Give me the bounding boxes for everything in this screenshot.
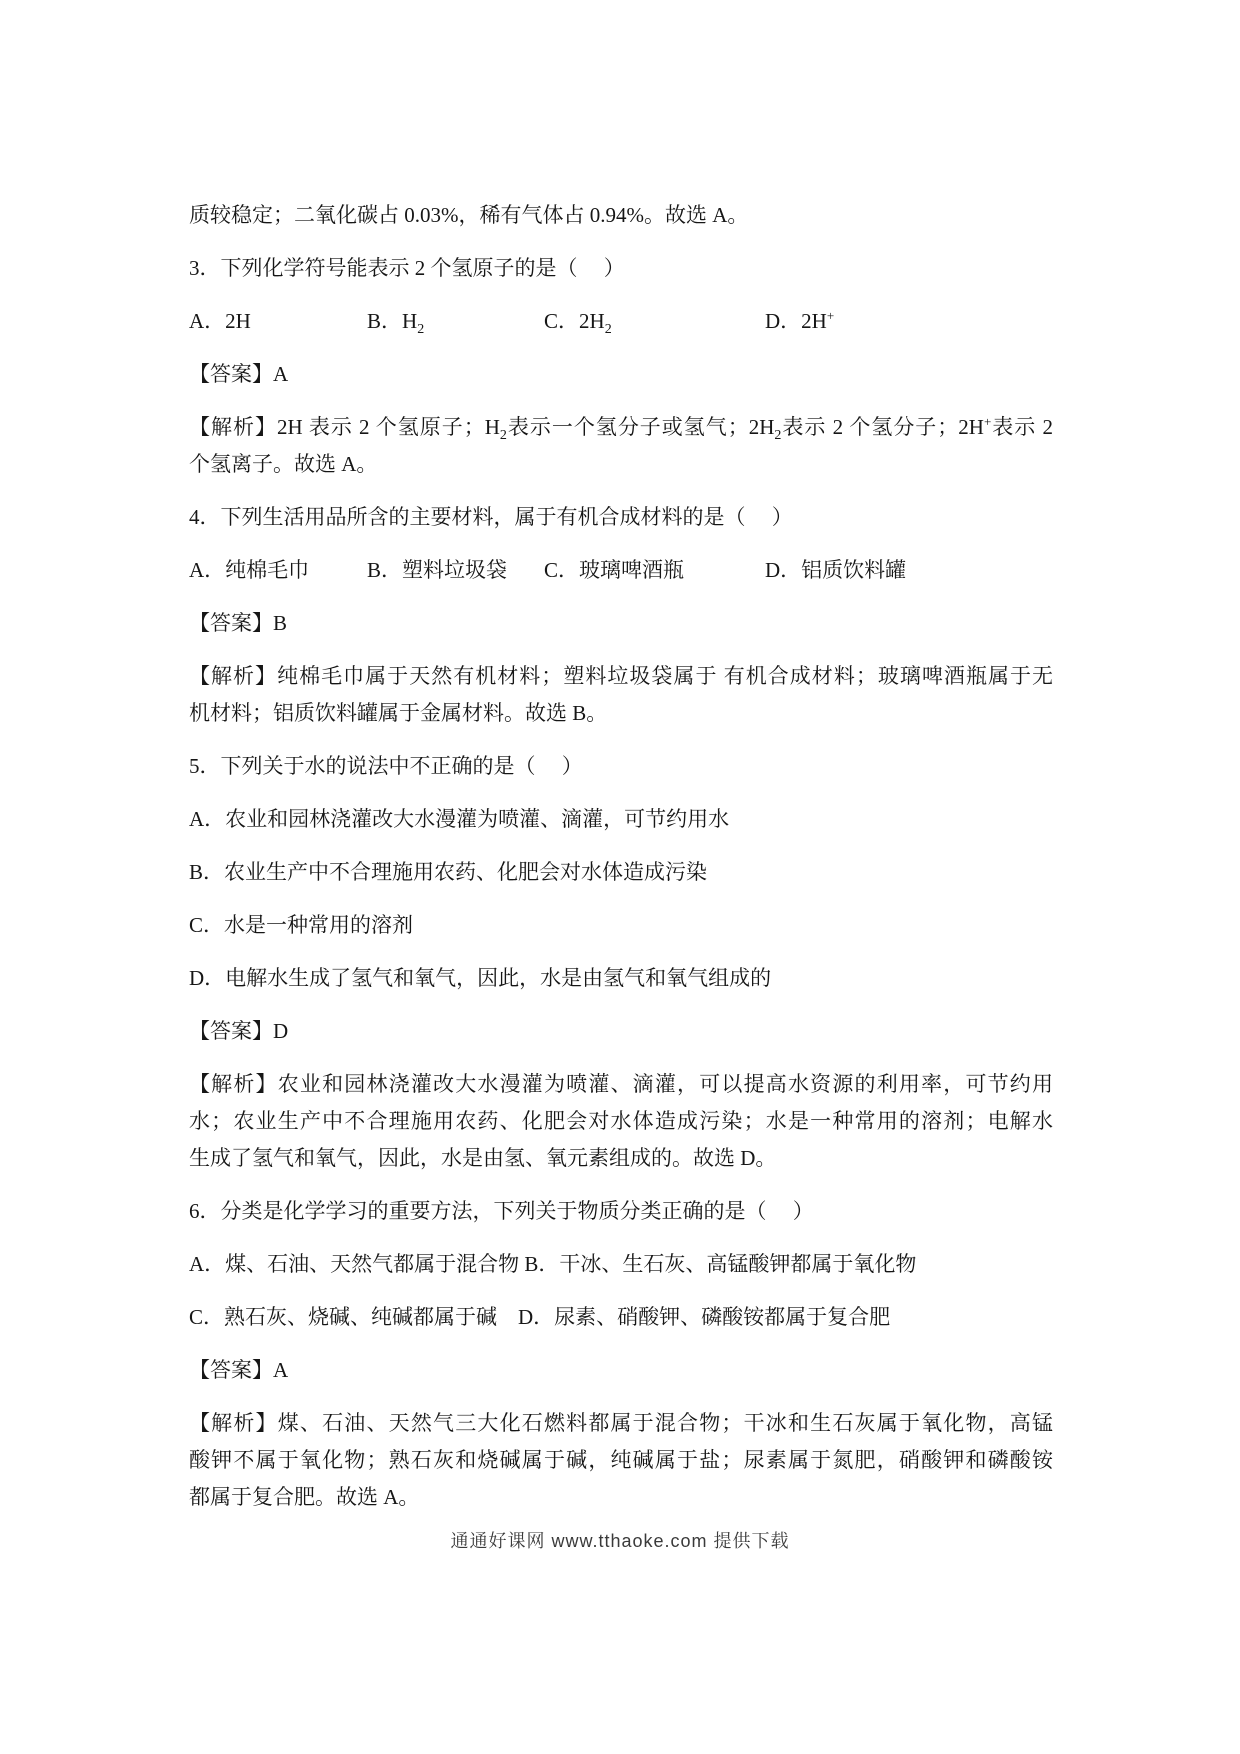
text-line: D．电解水生成了氢气和氧气，因此，水是由氢气和氧气组成的: [189, 960, 1053, 997]
sub-text: 2: [500, 428, 507, 443]
text-line: 【答案】A: [189, 1352, 1053, 1389]
document-content: 质较稳定；二氧化碳占 0.03%，稀有气体占 0.94%。故选 A。3．下列化学…: [189, 197, 1053, 1516]
text-line: 4．下列生活用品所含的主要材料，属于有机合成材料的是（ ）: [189, 499, 1053, 536]
question-3-stem: 3．下列化学符号能表示 2 个氢原子的是（ ）: [189, 250, 1053, 287]
sub-text: 2: [605, 322, 612, 337]
text-line: A．煤、石油、天然气都属于混合物 B．干冰、生石灰、高锰酸钾都属于氧化物: [189, 1246, 1053, 1283]
question-6-stem: 6．分类是化学学习的重要方法，下列关于物质分类正确的是（ ）: [189, 1193, 1053, 1230]
analysis-4: 【解析】纯棉毛巾属于天然有机材料；塑料垃圾袋属于 有机合成材料；玻璃啤酒瓶属于无…: [189, 658, 1053, 732]
text-run: 6．分类是化学学习的重要方法，下列关于物质分类正确的是（ ）: [189, 1199, 814, 1223]
text-line: 【答案】B: [189, 605, 1053, 642]
text-run: 质较稳定；二氧化碳占 0.03%，稀有气体占 0.94%。故选 A。: [189, 203, 748, 227]
question-3-options-a: A．2H: [189, 303, 251, 340]
text-line: 酸钾不属于氧化物；熟石灰和烧碱属于碱，纯碱属于盐；尿素属于氮肥，硝酸钾和磷酸铵: [189, 1442, 1053, 1479]
text-line: 【解析】纯棉毛巾属于天然有机材料；塑料垃圾袋属于 有机合成材料；玻璃啤酒瓶属于无: [189, 658, 1053, 695]
text-run: 表示 2: [991, 415, 1053, 439]
question-5-option-c: C．水是一种常用的溶剂: [189, 907, 1053, 944]
question-4-options: A．纯棉毛巾B．塑料垃圾袋C．玻璃啤酒瓶D．铝质饮料罐: [189, 552, 1053, 589]
answer-6: 【答案】A: [189, 1352, 1053, 1389]
sub-text: 2: [417, 322, 424, 337]
answer-3: 【答案】A: [189, 356, 1053, 393]
text-run: D．2H: [765, 309, 827, 333]
text-run: 【答案】B: [189, 611, 287, 635]
analysis-3: 【解析】2H 表示 2 个氢原子；H2表示一个氢分子或氢气；2H2表示 2 个氢…: [189, 409, 1053, 483]
text-run: 都属于复合肥。故选 A。: [189, 1485, 419, 1509]
text-run: B．农业生产中不合理施用农药、化肥会对水体造成污染: [189, 860, 707, 884]
text-run: 【答案】A: [189, 1358, 288, 1382]
text-line: 【解析】农业和园林浇灌改大水漫灌为喷灌、滴灌，可以提高水资源的利用率，可节约用: [189, 1066, 1053, 1103]
text-run: A．2H: [189, 309, 251, 333]
text-run: 【解析】农业和园林浇灌改大水漫灌为喷灌、滴灌，可以提高水资源的利用率，可节约用: [189, 1072, 1053, 1096]
text-run: 表示 2 个氢分子；2H: [781, 415, 984, 439]
text-run: 生成了氢气和氧气，因此，水是由氢、氧元素组成的。故选 D。: [189, 1146, 776, 1170]
sup-text: +: [827, 308, 834, 323]
text-line: 机材料；铝质饮料罐属于金属材料。故选 B。: [189, 695, 1053, 732]
question-6-options-ab: A．煤、石油、天然气都属于混合物 B．干冰、生石灰、高锰酸钾都属于氧化物: [189, 1246, 1053, 1283]
text-line: B．农业生产中不合理施用农药、化肥会对水体造成污染: [189, 854, 1053, 891]
text-line: 生成了氢气和氧气，因此，水是由氢、氧元素组成的。故选 D。: [189, 1140, 1053, 1177]
question-5-option-a: A．农业和园林浇灌改大水漫灌为喷灌、滴灌，可节约用水: [189, 801, 1053, 838]
text-run: 【解析】纯棉毛巾属于天然有机材料；塑料垃圾袋属于 有机合成材料；玻璃啤酒瓶属于无: [189, 664, 1053, 688]
text-line: 【解析】2H 表示 2 个氢原子；H2表示一个氢分子或氢气；2H2表示 2 个氢…: [189, 409, 1053, 446]
document-page: 质较稳定；二氧化碳占 0.03%，稀有气体占 0.94%。故选 A。3．下列化学…: [0, 0, 1240, 1754]
text-run: 表示一个氢分子或氢气；2H: [507, 415, 775, 439]
text-line: 5．下列关于水的说法中不正确的是（ ）: [189, 748, 1053, 785]
text-line: 3．下列化学符号能表示 2 个氢原子的是（ ）: [189, 250, 1053, 287]
analysis-6: 【解析】煤、石油、天然气三大化石燃料都属于混合物；干冰和生石灰属于氧化物，高锰酸…: [189, 1405, 1053, 1516]
text-run: 【答案】D: [189, 1019, 288, 1043]
text-run: C．熟石灰、烧碱、纯碱都属于碱 D．尿素、硝酸钾、磷酸铵都属于复合肥: [189, 1305, 890, 1329]
analysis-5: 【解析】农业和园林浇灌改大水漫灌为喷灌、滴灌，可以提高水资源的利用率，可节约用水…: [189, 1066, 1053, 1177]
question-3-options-d: D．2H+: [765, 303, 834, 340]
question-5-option-b: B．农业生产中不合理施用农药、化肥会对水体造成污染: [189, 854, 1053, 891]
text-line: C．水是一种常用的溶剂: [189, 907, 1053, 944]
question-4-options-c: C．玻璃啤酒瓶: [544, 552, 684, 589]
text-run: 4．下列生活用品所含的主要材料，属于有机合成材料的是（ ）: [189, 505, 793, 529]
question-5-option-d: D．电解水生成了氢气和氧气，因此，水是由氢气和氧气组成的: [189, 960, 1053, 997]
text-line: 【解析】煤、石油、天然气三大化石燃料都属于混合物；干冰和生石灰属于氧化物，高锰: [189, 1405, 1053, 1442]
text-run: A．农业和园林浇灌改大水漫灌为喷灌、滴灌，可节约用水: [189, 807, 729, 831]
text-line: A．农业和园林浇灌改大水漫灌为喷灌、滴灌，可节约用水: [189, 801, 1053, 838]
answer-5: 【答案】D: [189, 1013, 1053, 1050]
question-4-options-d: D．铝质饮料罐: [765, 552, 906, 589]
text-run: 水；农业生产中不合理施用农药、化肥会对水体造成污染；水是一种常用的溶剂；电解水: [189, 1109, 1053, 1133]
text-run: B．H: [367, 309, 417, 333]
text-run: 【解析】2H 表示 2 个氢原子；H: [189, 415, 500, 439]
text-run: 5．下列关于水的说法中不正确的是（ ）: [189, 754, 583, 778]
text-run: D．电解水生成了氢气和氧气，因此，水是由氢气和氧气组成的: [189, 966, 771, 990]
analysis-2-continuation: 质较稳定；二氧化碳占 0.03%，稀有气体占 0.94%。故选 A。: [189, 197, 1053, 234]
text-run: A．纯棉毛巾: [189, 558, 309, 582]
question-3-options-c: C．2H2: [544, 303, 612, 340]
question-4-stem: 4．下列生活用品所含的主要材料，属于有机合成材料的是（ ）: [189, 499, 1053, 536]
footer-text: 通通好课网 www.tthaoke.com 提供下载: [450, 1531, 789, 1551]
page-footer: 通通好课网 www.tthaoke.com 提供下载: [0, 1527, 1240, 1553]
text-run: C．玻璃啤酒瓶: [544, 558, 684, 582]
text-line: 水；农业生产中不合理施用农药、化肥会对水体造成污染；水是一种常用的溶剂；电解水: [189, 1103, 1053, 1140]
text-run: D．铝质饮料罐: [765, 558, 906, 582]
text-run: A．煤、石油、天然气都属于混合物 B．干冰、生石灰、高锰酸钾都属于氧化物: [189, 1252, 916, 1276]
text-run: C．水是一种常用的溶剂: [189, 913, 413, 937]
question-4-options-b: B．塑料垃圾袋: [367, 552, 507, 589]
text-run: 酸钾不属于氧化物；熟石灰和烧碱属于碱，纯碱属于盐；尿素属于氮肥，硝酸钾和磷酸铵: [189, 1448, 1053, 1472]
text-run: 个氢离子。故选 A。: [189, 452, 377, 476]
text-line: 【答案】A: [189, 356, 1053, 393]
text-line: C．熟石灰、烧碱、纯碱都属于碱 D．尿素、硝酸钾、磷酸铵都属于复合肥: [189, 1299, 1053, 1336]
text-run: 3．下列化学符号能表示 2 个氢原子的是（ ）: [189, 256, 625, 280]
question-4-options-a: A．纯棉毛巾: [189, 552, 309, 589]
text-line: 【答案】D: [189, 1013, 1053, 1050]
question-3-options: A．2HB．H2C．2H2D．2H+: [189, 303, 1053, 340]
text-line: 个氢离子。故选 A。: [189, 446, 1053, 483]
question-5-stem: 5．下列关于水的说法中不正确的是（ ）: [189, 748, 1053, 785]
text-line: 都属于复合肥。故选 A。: [189, 1479, 1053, 1516]
text-run: 机材料；铝质饮料罐属于金属材料。故选 B。: [189, 701, 607, 725]
text-run: C．2H: [544, 309, 605, 333]
text-run: B．塑料垃圾袋: [367, 558, 507, 582]
text-line: 质较稳定；二氧化碳占 0.03%，稀有气体占 0.94%。故选 A。: [189, 197, 1053, 234]
question-6-options-cd: C．熟石灰、烧碱、纯碱都属于碱 D．尿素、硝酸钾、磷酸铵都属于复合肥: [189, 1299, 1053, 1336]
text-line: 6．分类是化学学习的重要方法，下列关于物质分类正确的是（ ）: [189, 1193, 1053, 1230]
text-run: 【答案】A: [189, 362, 288, 386]
answer-4: 【答案】B: [189, 605, 1053, 642]
text-run: 【解析】煤、石油、天然气三大化石燃料都属于混合物；干冰和生石灰属于氧化物，高锰: [189, 1411, 1053, 1435]
question-3-options-b: B．H2: [367, 303, 424, 340]
